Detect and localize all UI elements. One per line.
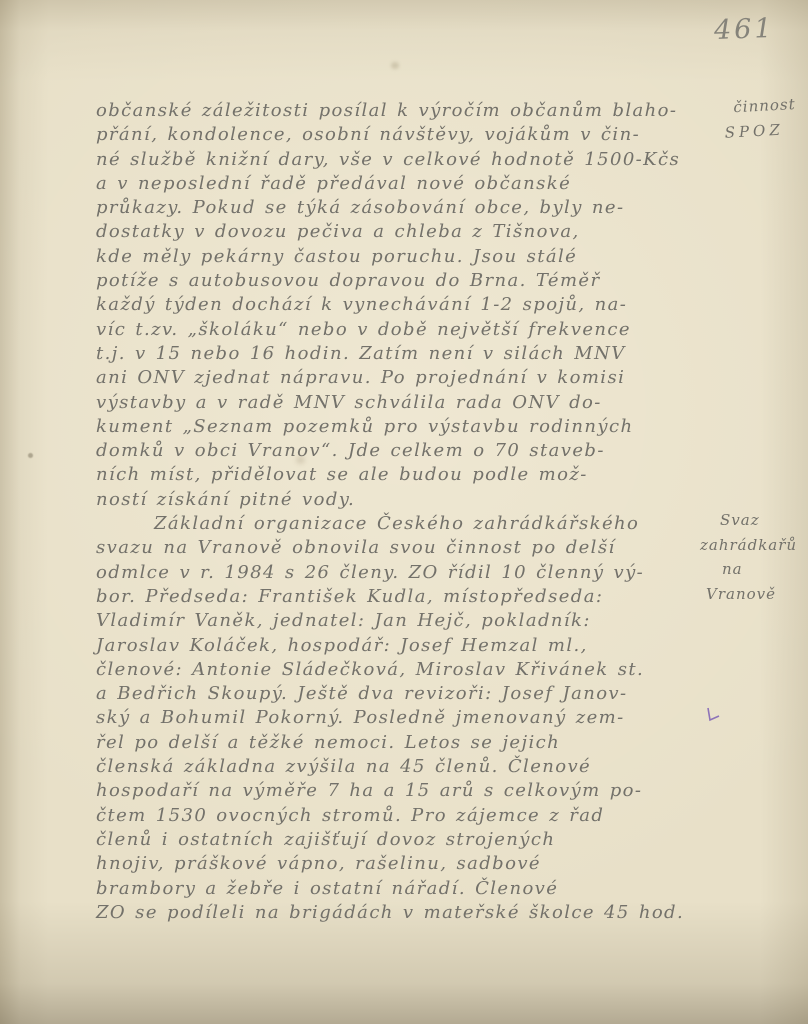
handwritten-line: né službě knižní dary, vše v celkové hod… xyxy=(96,148,728,172)
handwritten-line: dostatky v dovozu pečiva a chleba z Tišn… xyxy=(96,220,728,244)
handwritten-line: ností získání pitné vody. xyxy=(96,488,728,512)
handwritten-line: kument „Seznam pozemků pro výstavbu rodi… xyxy=(96,415,728,439)
margin-note-line: Vranově xyxy=(706,582,797,607)
purple-correction-mark-icon xyxy=(703,706,721,728)
handwritten-line: ních míst, přidělovat se ale budou podle… xyxy=(96,463,728,487)
handwritten-line: t.j. v 15 nebo 16 hodin. Zatím není v si… xyxy=(96,342,728,366)
handwritten-line: výstavby a v radě MNV schválila rada ONV… xyxy=(96,391,728,415)
handwritten-line: Vladimír Vaněk, jednatel: Jan Hejč, pokl… xyxy=(96,609,728,633)
handwritten-line: a Bedřich Skoupý. Ještě dva revizoři: Jo… xyxy=(96,682,728,706)
page-number: 461 xyxy=(713,13,775,46)
handwritten-line: přání, kondolence, osobní návštěvy, vojá… xyxy=(96,123,728,147)
handwritten-line: každý týden dochází k vynechávání 1-2 sp… xyxy=(96,293,728,317)
paper-speck xyxy=(28,453,33,458)
handwritten-body: občanské záležitosti posílal k výročím o… xyxy=(96,99,728,925)
handwritten-line: víc t.zv. „školáku“ nebo v době největší… xyxy=(96,318,728,342)
margin-note-spoz: činnost SPOZ xyxy=(719,92,798,145)
handwritten-line: kde měly pekárny častou poruchu. Jsou st… xyxy=(96,245,728,269)
handwritten-line: čtem 1530 ovocných stromů. Pro zájemce z… xyxy=(96,804,728,828)
handwritten-line: členská základna zvýšila na 45 členů. Čl… xyxy=(96,755,728,779)
handwritten-line: ský a Bohumil Pokorný. Posledně jmenovan… xyxy=(96,706,728,730)
margin-note-line: SPOZ xyxy=(724,117,797,145)
handwritten-line: svazu na Vranově obnovila svou činnost p… xyxy=(96,536,728,560)
margin-note-svaz-zahradkaru: Svaz zahrádkařů na Vranově xyxy=(698,508,797,606)
handwritten-line: Jaroslav Koláček, hospodář: Josef Hemzal… xyxy=(96,634,728,658)
handwritten-line: hnojiv, práškové vápno, rašelinu, sadbov… xyxy=(96,852,728,876)
handwritten-line-paragraph-start: Základní organizace Českého zahrádkářské… xyxy=(96,512,728,536)
handwritten-line: brambory a žebře i ostatní nářadí. Členo… xyxy=(96,877,728,901)
handwritten-line: bor. Předseda: František Kudla, místopře… xyxy=(96,585,728,609)
handwritten-line: a v neposlední řadě předával nové občans… xyxy=(96,172,728,196)
handwritten-line: odmlce v r. 1984 s 26 členy. ZO řídil 10… xyxy=(96,561,728,585)
chronicle-page: 461 činnost SPOZ občanské záležitosti po… xyxy=(0,0,808,1024)
margin-note-line: na xyxy=(722,557,797,582)
margin-note-line: činnost xyxy=(733,92,796,120)
margin-note-line: zahrádkařů xyxy=(700,533,797,558)
handwritten-line: hospodaří na výměře 7 ha a 15 arů s celk… xyxy=(96,779,728,803)
handwritten-line: řel po delší a těžké nemoci. Letos se je… xyxy=(96,731,728,755)
handwritten-line: domků v obci Vranov“. Jde celkem o 70 st… xyxy=(96,439,728,463)
handwritten-line: ani ONV zjednat nápravu. Po projednání v… xyxy=(96,366,728,390)
handwritten-line: členů i ostatních zajišťují dovoz stroje… xyxy=(96,828,728,852)
handwritten-line: občanské záležitosti posílal k výročím o… xyxy=(96,99,728,123)
handwritten-line: potíže s autobusovou dopravou do Brna. T… xyxy=(96,269,728,293)
handwritten-line: členové: Antonie Sládečková, Miroslav Kř… xyxy=(96,658,728,682)
margin-note-line: Svaz xyxy=(720,508,797,533)
paper-stain xyxy=(391,62,399,69)
handwritten-line: ZO se podíleli na brigádách v mateřské š… xyxy=(96,901,728,925)
handwritten-line: průkazy. Pokud se týká zásobování obce, … xyxy=(96,196,728,220)
